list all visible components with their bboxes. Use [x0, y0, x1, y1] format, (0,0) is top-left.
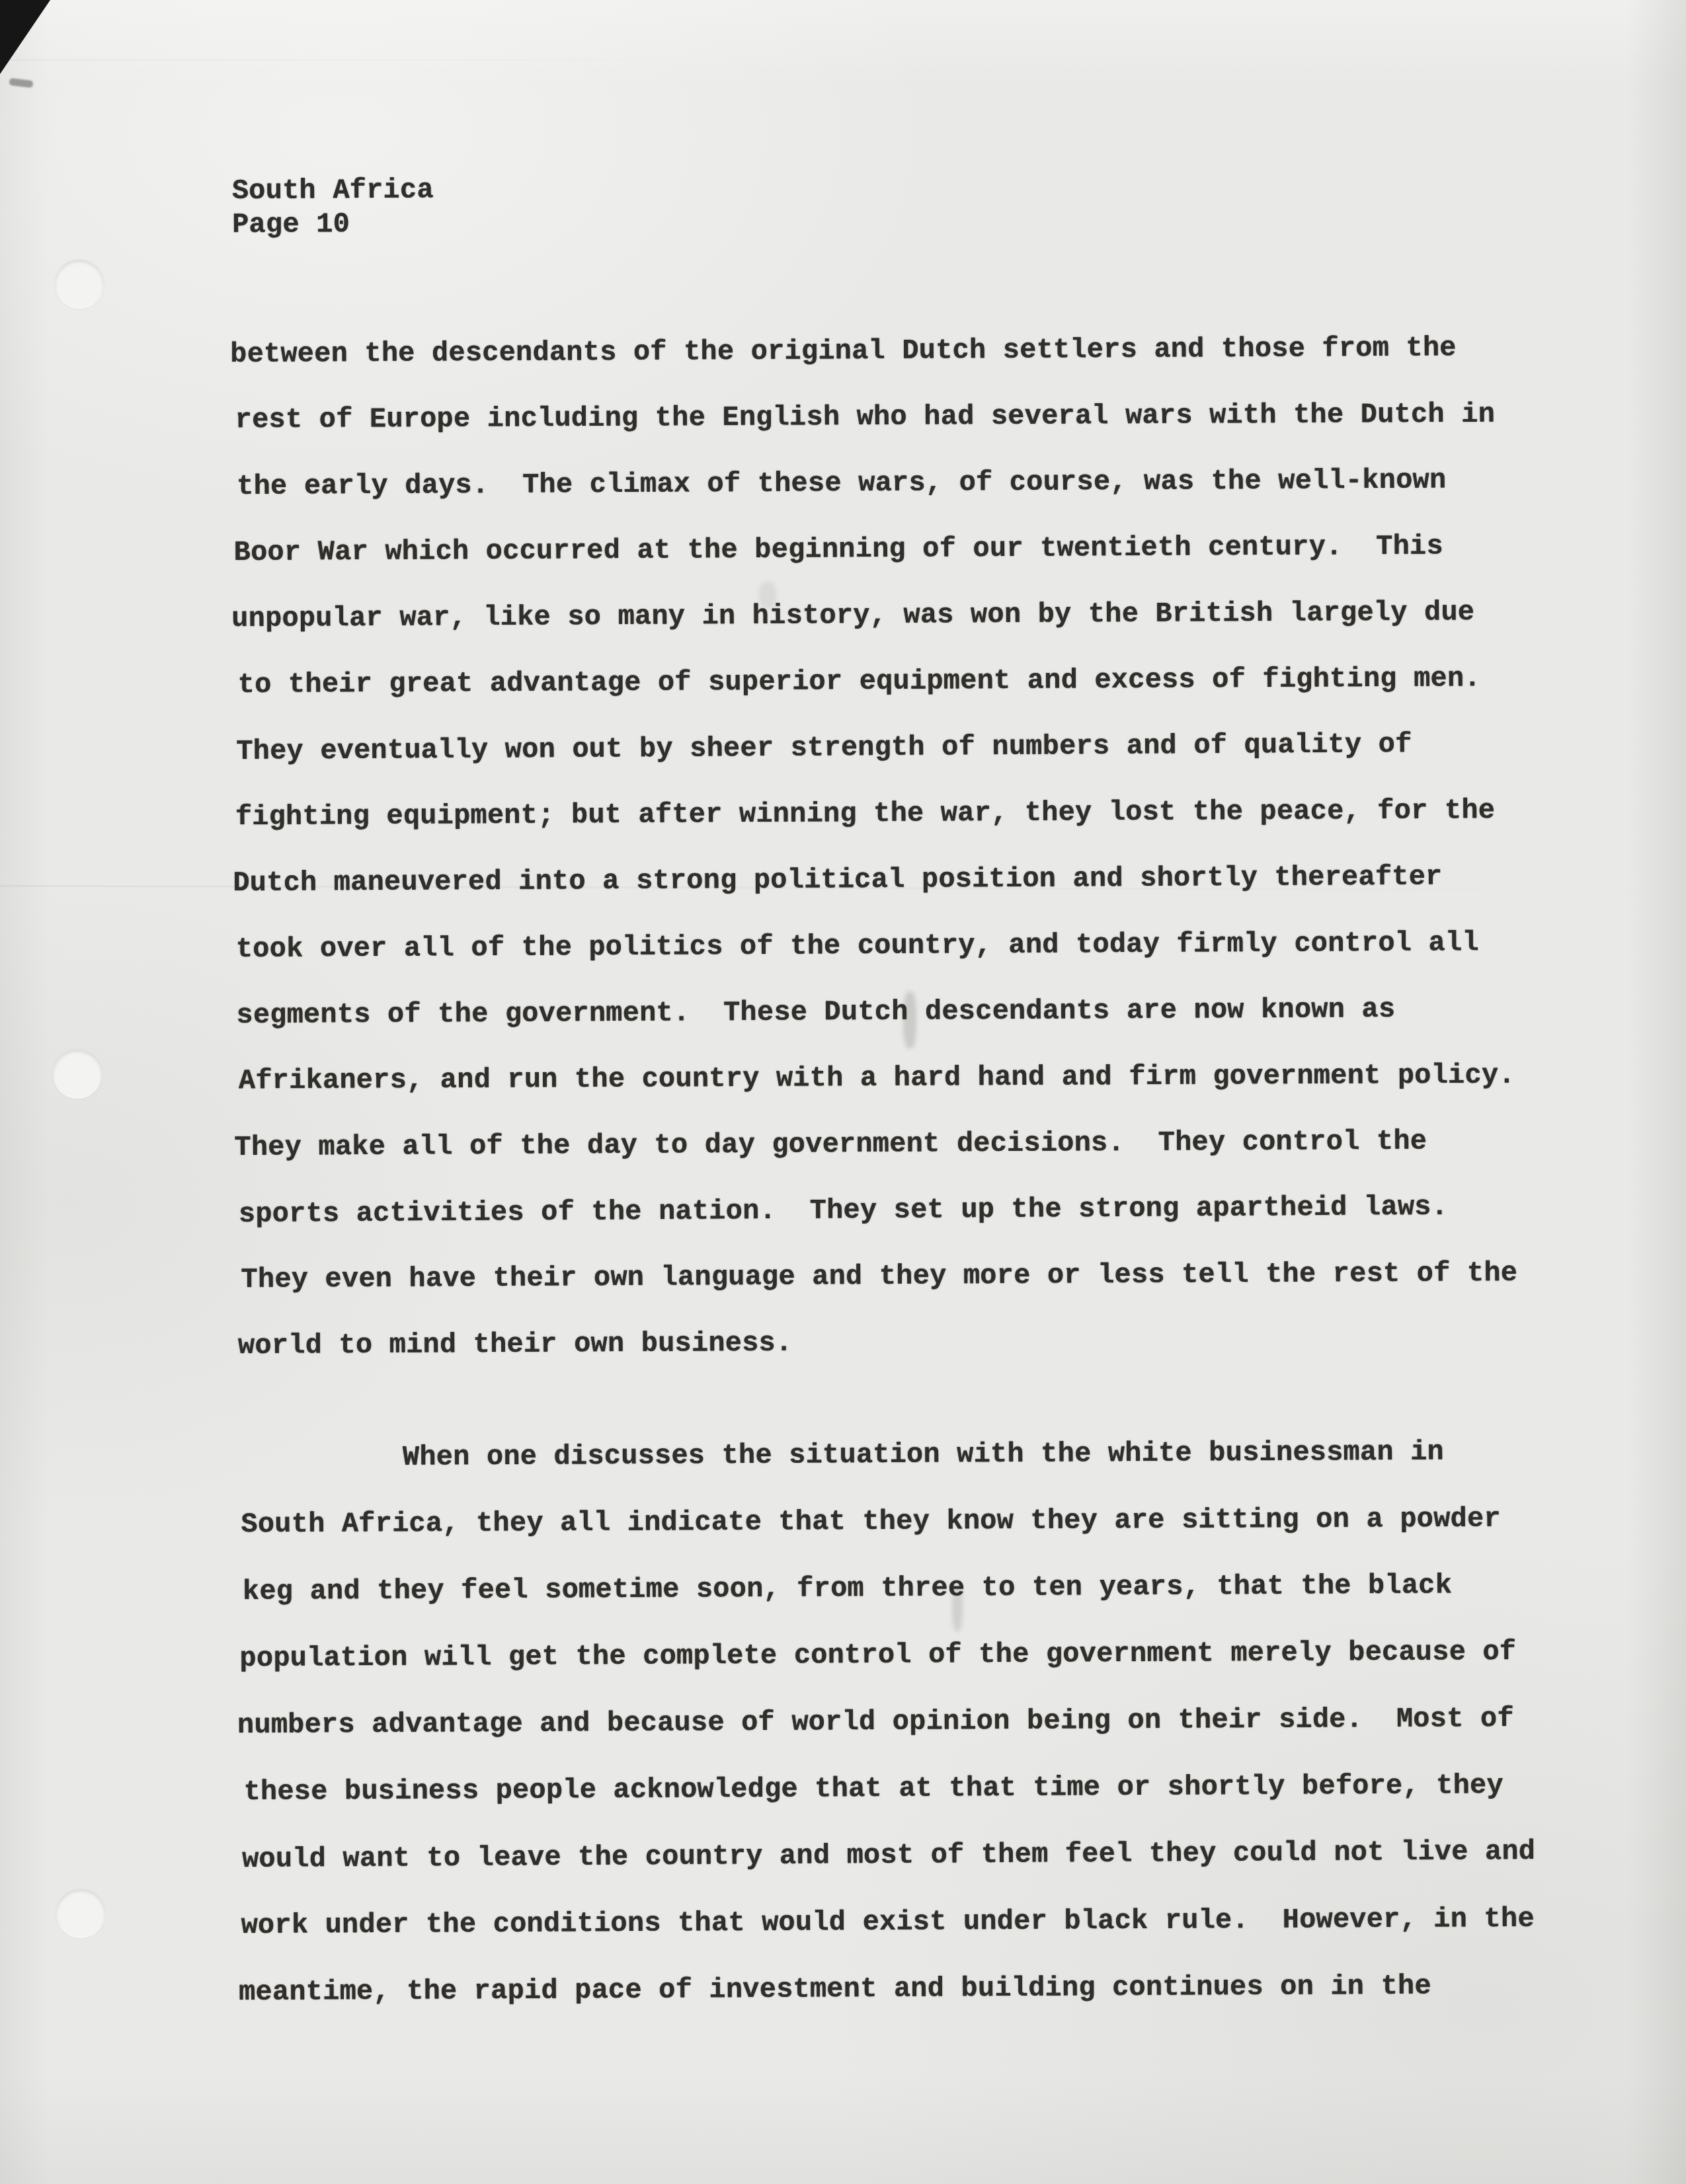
typed-line: numbers advantage and because of world o…	[237, 1702, 1600, 1776]
typed-line: unpopular war, like so many in history, …	[231, 596, 1593, 669]
typed-content: South Africa Page 10 between the descend…	[0, 0, 1686, 2184]
typed-line: between the descendants of the original …	[230, 331, 1592, 405]
typed-line: sports activities of the nation. They se…	[239, 1190, 1601, 1265]
typed-line: South Africa, they all indicate that the…	[241, 1502, 1603, 1575]
page-number: Page 10	[232, 207, 434, 242]
scanned-page: South Africa Page 10 between the descend…	[0, 0, 1686, 2184]
typed-line: Dutch maneuvered into a strong political…	[233, 860, 1595, 933]
typed-line: these business people acknowledge that a…	[243, 1769, 1606, 1843]
typed-line: would want to leave the country and most…	[242, 1835, 1605, 1910]
paragraph-2: When one discusses the situation with th…	[239, 1435, 1604, 2043]
typed-line: the early days. The climax of these wars…	[237, 463, 1599, 537]
typed-line: segments of the government. These Dutch …	[236, 992, 1598, 1066]
paragraph-1: between the descendants of the original …	[233, 331, 1600, 1396]
typed-line: to their great advantage of superior equ…	[238, 662, 1600, 735]
typed-line: They make all of the day to day governme…	[234, 1124, 1596, 1198]
typed-line: rest of Europe including the English who…	[235, 398, 1597, 470]
typed-line: Boor War which occurred at the beginning…	[234, 529, 1596, 603]
typed-line: They eventually won out by sheer strengt…	[236, 727, 1599, 802]
typed-line: world to mind their own business.	[238, 1323, 1600, 1396]
typed-line: fighting equipment; but after winning th…	[235, 794, 1597, 867]
typed-line: Afrikaners, and run the country with a h…	[239, 1059, 1601, 1131]
typed-line: meantime, the rapid pace of investment a…	[239, 1969, 1601, 2043]
typed-line: They even have their own language and th…	[241, 1257, 1603, 1330]
typed-line: keg and they feel sometime soon, from th…	[243, 1569, 1605, 1643]
typed-line: work under the conditions that would exi…	[241, 1902, 1604, 1976]
typed-line: took over all of the politics of the cou…	[236, 926, 1598, 999]
document-title: South Africa	[232, 173, 434, 208]
typed-line: When one discusses the situation with th…	[236, 1435, 1599, 1509]
page-header: South Africa Page 10	[232, 173, 434, 242]
typed-line: population will get the complete control…	[239, 1635, 1602, 1709]
